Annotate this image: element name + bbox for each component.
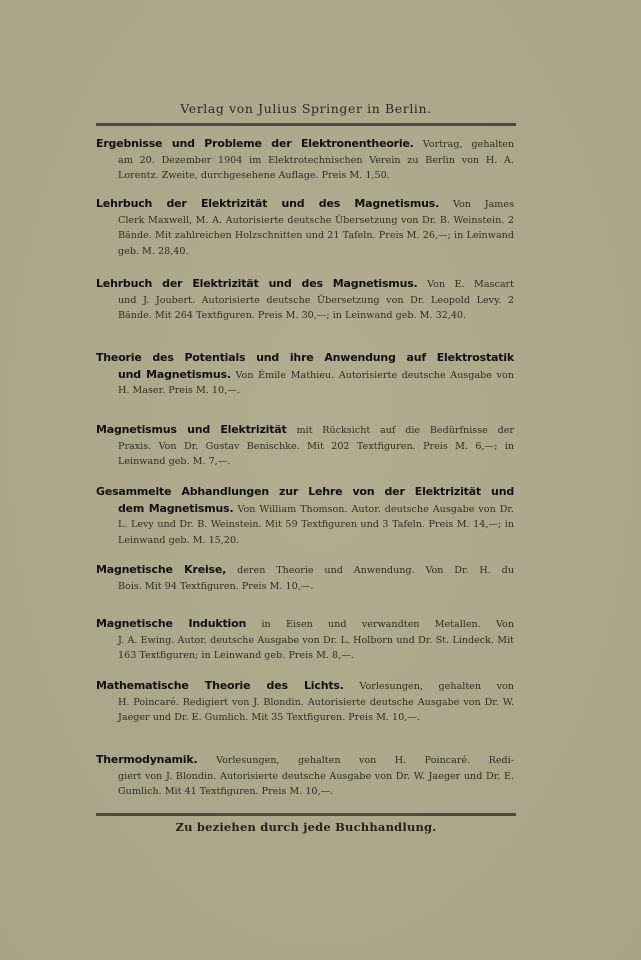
- entry-details: Praxis. Von Dr. Gustav Benischke. Mit 20…: [96, 439, 514, 470]
- entry-description: Vorlesungen, gehalten von: [359, 681, 514, 692]
- entry-description: Von E. Mascart: [427, 279, 514, 290]
- entry-details: am 20. Dezember 1904 im Elektrotechnisch…: [96, 153, 514, 184]
- entry-title: Mathematische Theorie des Lichts.: [96, 679, 344, 692]
- catalog-entry: Lehrbuch der Elektrizität und des Magnet…: [96, 276, 514, 324]
- catalog-entry: Ergebnisse und Probleme der Elektronenth…: [96, 136, 514, 184]
- entry-title-continued: und Magnetismus.: [118, 368, 231, 381]
- catalog-entry: Thermodynamik. Vorlesungen, gehalten von…: [96, 752, 514, 800]
- book-page: Verlag von Julius Springer in Berlin. Er…: [0, 0, 641, 960]
- catalog-entry: Magnetische Kreise, deren Theorie und An…: [96, 562, 514, 594]
- entry-details: und J. Joubert. Autorisierte deutsche Üb…: [96, 293, 514, 324]
- entry-details: H. Poincaré. Redigiert von J. Blondin. A…: [96, 695, 514, 726]
- entry-description: Von James: [453, 199, 514, 210]
- entry-description: deren Theorie und Anwendung. Von Dr. H. …: [237, 565, 514, 576]
- entry-title: Ergebnisse und Probleme der Elektronenth…: [96, 137, 414, 150]
- footer-rule: [96, 813, 516, 816]
- catalog-entry: Magnetismus und Elektrizität mit Rücksic…: [96, 422, 514, 470]
- entry-description: Vortrag, gehalten: [423, 139, 514, 150]
- entry-title: Thermodynamik.: [96, 753, 197, 766]
- entry-description: Vorlesungen, gehalten von H. Poincaré. R…: [216, 755, 514, 766]
- entry-details: Clerk Maxwell, M. A. Autorisierte deutsc…: [96, 213, 514, 260]
- entry-description: mit Rücksicht auf die Bedürfnisse der: [296, 425, 514, 436]
- entry-title: Magnetische Kreise,: [96, 563, 226, 576]
- catalog-entry: Mathematische Theorie des Lichts. Vorles…: [96, 678, 514, 726]
- header-rule: [96, 123, 516, 126]
- footer-note: Zu beziehen durch jede Buchhandlung.: [96, 820, 516, 834]
- catalog-entry: Lehrbuch der Elektrizität und des Magnet…: [96, 196, 514, 259]
- catalog-entry: Theorie des Potentials und ihre Anwendun…: [96, 350, 514, 399]
- entry-title: Gesammelte Abhandlungen zur Lehre von de…: [96, 485, 514, 498]
- entry-details: giert von J. Blondin. Autorisierte deuts…: [96, 769, 514, 800]
- entry-title: Magnetismus und Elektrizität: [96, 423, 287, 436]
- entry-details: Bois. Mit 94 Textfiguren. Preis M. 10,—.: [96, 579, 514, 595]
- entry-details: J. A. Ewing. Autor. deutsche Ausgabe von…: [96, 633, 514, 664]
- entry-title: Lehrbuch der Elektrizität und des Magnet…: [96, 197, 439, 210]
- catalog-entry: Gesammelte Abhandlungen zur Lehre von de…: [96, 484, 514, 548]
- entry-title-continued: dem Magnetismus.: [118, 502, 233, 515]
- entry-title: Theorie des Potentials und ihre Anwendun…: [96, 351, 514, 364]
- catalog-entry: Magnetische Induktion in Eisen und verwa…: [96, 616, 514, 664]
- entry-title: Magnetische Induktion: [96, 617, 246, 630]
- entry-description: in Eisen und verwandten Metallen. Von: [261, 619, 514, 630]
- publisher-header: Verlag von Julius Springer in Berlin.: [96, 101, 516, 116]
- entry-title: Lehrbuch der Elektrizität und des Magnet…: [96, 277, 418, 290]
